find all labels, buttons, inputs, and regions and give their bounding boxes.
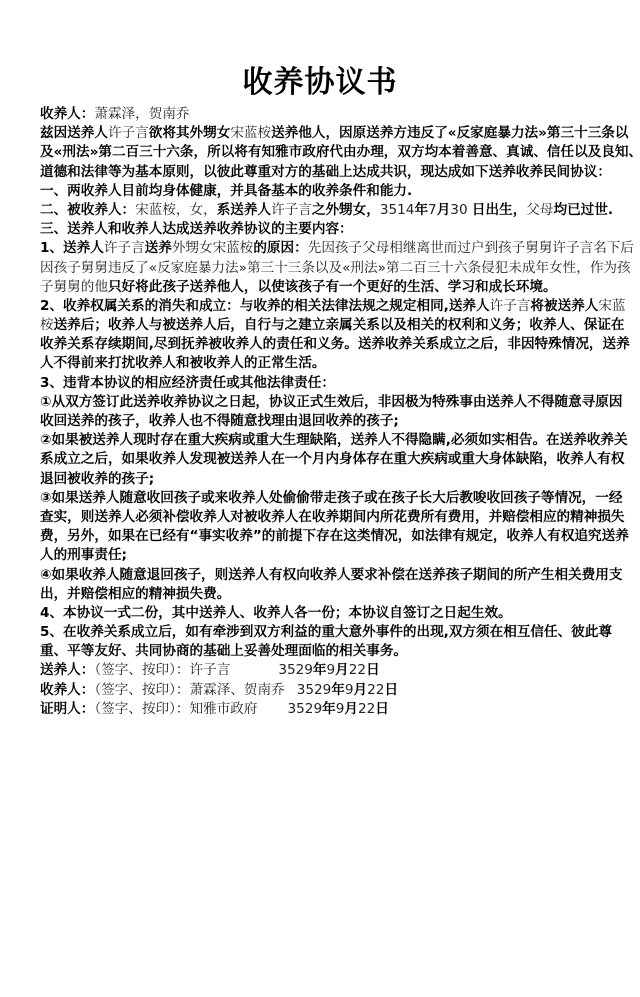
text-run: 先因孩子父母相继离世而过户到孩子舅舅许子言名下后 <box>308 240 634 256</box>
text-line: 1、送养人许子言送养外甥女宋蓝桉的原因：先因孩子父母相继离世而过户到孩子舅舅许子… <box>40 239 610 258</box>
text-run: 收养关系存续期间,尽到抚养被收养人的责任和义务。送养收养关系成立之后，非因特殊情… <box>40 336 630 352</box>
signature-date-part: 日 <box>366 662 380 678</box>
text-line: 兹因送养人许子言欲将其外甥女宋蓝桉送养他人，因原送养方违反了«反家庭暴力法»第三… <box>40 124 610 143</box>
signature-date-part: 3529 <box>278 662 313 678</box>
text-run: 7 <box>428 202 437 218</box>
signature-line: 收养人：（签字、按印）：萧霖泽、贺南乔3529年9月22日 <box>40 681 610 700</box>
text-run: 月 <box>437 202 451 218</box>
text-run: 30 <box>450 202 472 218</box>
text-line: 收养关系存续期间,尽到抚养被收养人的责任和义务。送养收养关系成立之后，非因特殊情… <box>40 335 610 354</box>
text-run: 送养他人，因原送养方违反了«反家庭暴力法»第三十三条以 <box>271 125 628 141</box>
text-run: 人的刑事责任; <box>40 547 127 563</box>
text-line: 桉送养后；收养人与被送养人后，自行与之建立亲属关系以及相关的权利和义务；收养人、… <box>40 316 610 335</box>
text-run: ①从双方签订此送养收养协议之日起，协议正式生效后，非因极为特殊事由送养人不得随意… <box>40 394 622 410</box>
text-run: 查实，则送养人必须补偿收养人对被收养人在收养期间内所花费所有费用，并赔偿相应的精… <box>40 509 625 525</box>
text-run: 欲将其外甥女 <box>149 125 231 141</box>
text-run: 宋蓝桉，女， <box>135 202 217 218</box>
text-run: 之外甥女， <box>312 202 380 218</box>
text-run: 4、本协议一式二份，其中送养人、收养人各一份；本协议自签订之日起生效。 <box>40 605 512 621</box>
text-run: 系成立之后，如果收养人发现被送养人在一个月内身体存在重大疾病或重大身体缺陷，收养… <box>40 451 625 467</box>
text-run: 退回被收养的孩子; <box>40 471 154 487</box>
text-line: 费，另外，如果在已经有“事实收养”的前提下存在这类情况，如法律有规定，收养人有权… <box>40 527 610 546</box>
text-line: 出，并赔偿相应的精神损失费。 <box>40 585 610 604</box>
text-run: 道德和法律等为基本原则，以彼此尊重对方的基础上达成共识，现达成如下送养收养民间协… <box>40 164 611 180</box>
signature-date-part: 22 <box>367 682 384 698</box>
signature-date-part: 9 <box>327 662 336 678</box>
text-run: 收养人： <box>40 106 94 122</box>
text-run: 宋蓝桉 <box>230 125 271 141</box>
text-run: 许子言 <box>108 125 149 141</box>
signature-note: （签字、按印）： <box>94 662 189 678</box>
text-run: ②如果被送养人现时存在重大疾病或重大生理缺陷，送养人不得隐瞒,必须如实相告。在送… <box>40 432 628 448</box>
signature-role: 送养人： <box>40 662 94 678</box>
text-line: ④如果收养人随意退回孩子，则送养人有权向收养人要求补偿在送养孩子期间的所产生相关… <box>40 566 610 585</box>
signature-date-part: 22 <box>358 701 375 717</box>
text-line: 退回被收养的孩子; <box>40 470 610 489</box>
text-run: 许子言 <box>104 240 145 256</box>
signature-date-part: 月 <box>354 682 368 698</box>
text-line: 二、被收养人：宋蓝桉，女，系送养人许子言之外甥女，3514年7月30 日出生，父… <box>40 201 610 220</box>
text-run: 萧霖泽，贺南乔 <box>94 106 189 122</box>
text-run: 5、在收养关系成立后，如有牵涉到双方利益的重大意外事件的出现,双方须在相互信任、… <box>40 624 612 640</box>
text-line: 5、在收养关系成立后，如有牵涉到双方利益的重大意外事件的出现,双方须在相互信任、… <box>40 623 610 642</box>
text-run: 因孩子舅舅违反了«反家庭暴力法»第三十三条以及«刑法»第二百三十六条侵犯未成年女… <box>40 260 631 276</box>
text-line: 查实，则送养人必须补偿收养人对被收养人在收养期间内所花费所有费用，并赔偿相应的精… <box>40 508 610 527</box>
signature-date-part: 3529 <box>297 682 332 698</box>
document-body: 收养人：萧霖泽，贺南乔兹因送养人许子言欲将其外甥女宋蓝桉送养他人，因原送养方违反… <box>40 105 610 719</box>
signature-role: 证明人： <box>40 701 94 717</box>
text-line: 人的刑事责任; <box>40 546 610 565</box>
text-run: 2、收养权属关系的消失和成立：与收养的相关法律法规之规定相同,送养人 <box>40 298 490 314</box>
text-run: 费，另外，如果在已经有“事实收养”的前提下存在这类情况，如法律有规定，收养人有权… <box>40 528 629 544</box>
text-run: 桉 <box>40 317 54 333</box>
text-line: 一、两收养人目前均身体健康，并具备基本的收养条件和能力. <box>40 182 610 201</box>
text-line: 系成立之后，如果收养人发现被送养人在一个月内身体存在重大疾病或重大身体缺陷，收养… <box>40 450 610 469</box>
text-run: 日出生， <box>472 202 526 218</box>
text-run: 送养 <box>145 240 172 256</box>
text-run: 的原因： <box>253 240 307 256</box>
text-line: 收回送养的孩子，收养人也不得随意找理由退回收养的孩子; <box>40 412 610 431</box>
text-run: 系送养人 <box>217 202 271 218</box>
text-run: 宋蓝 <box>598 298 625 314</box>
text-line: 重、平等友好、共同协商的基础上妥善处理面临的相关事务。 <box>40 642 610 661</box>
signature-role: 收养人： <box>40 682 94 698</box>
text-line: 2、收养权属关系的消失和成立：与收养的相关法律法规之规定相同,送养人许子言将被送… <box>40 297 610 316</box>
text-run: 及«刑法»第二百三十六条，所以将有知雅市政府代由办理，双方均本着善意、真诚、信任… <box>40 144 640 160</box>
text-run: 父母 <box>526 202 553 218</box>
signature-date-part: 9 <box>345 682 354 698</box>
text-line: 道德和法律等为基本原则，以彼此尊重对方的基础上达成共识，现达成如下送养收养民间协… <box>40 163 610 182</box>
text-run: 收回送养的孩子，收养人也不得随意找理由退回收养的孩子; <box>40 413 399 429</box>
text-run: 人不得前来打扰收养人和被收养人的正常生活。 <box>40 355 325 371</box>
signature-date-part: 年 <box>331 682 345 698</box>
signature-date-part: 日 <box>384 682 398 698</box>
text-run: 均已过世. <box>553 202 613 218</box>
signature-date-part: 月 <box>344 701 358 717</box>
text-line: ③如果送养人随意收回孩子或来收养人处偷偷带走孩子或在孩子长大后教唆收回孩子等情况… <box>40 489 610 508</box>
text-run: 三、送养人和收养人达成送养收养协议的主要内容： <box>40 221 353 237</box>
text-line: 3、违背本协议的相应经济责任或其他法律责任： <box>40 374 610 393</box>
text-run: 年 <box>414 202 428 218</box>
text-run: 只好将此孩子送养他人，以使该孩子有一个更好的生活、学习和成长环境。 <box>108 279 557 295</box>
signature-name: 知雅市政府 <box>190 701 258 717</box>
text-run: 一、两收养人目前均身体健康，并具备基本的收养条件和能力. <box>40 183 412 199</box>
text-run: 二、被收养人： <box>40 202 135 218</box>
text-run: 兹因送养人 <box>40 125 108 141</box>
text-run: ③如果送养人随意收回孩子或来收养人处偷偷带走孩子或在孩子长大后教唆收回孩子等情况… <box>40 490 622 506</box>
signature-date-part: 年 <box>313 662 327 678</box>
text-run: 出，并赔偿相应的精神损失费。 <box>40 586 230 602</box>
text-run: 将被送养人 <box>530 298 598 314</box>
signature-date-part: 3529 <box>288 701 323 717</box>
text-line: 三、送养人和收养人达成送养收养协议的主要内容： <box>40 220 610 239</box>
text-line: 及«刑法»第二百三十六条，所以将有知雅市政府代由办理，双方均本着善意、真诚、信任… <box>40 143 610 162</box>
signature-note: （签字、按印）： <box>94 682 189 698</box>
text-line: 子舅舅的他只好将此孩子送养他人，以使该孩子有一个更好的生活、学习和成长环境。 <box>40 278 610 297</box>
text-run: 重、平等友好、共同协商的基础上妥善处理面临的相关事务。 <box>40 643 407 659</box>
text-line: 收养人：萧霖泽，贺南乔 <box>40 105 610 124</box>
text-run: 送养后；收养人与被送养人后，自行与之建立亲属关系以及相关的权利和义务；收养人、保… <box>54 317 625 333</box>
signature-line: 送养人：（签字、按印）：许子言3529年9月22日 <box>40 661 610 680</box>
text-line: 4、本协议一式二份，其中送养人、收养人各一份；本协议自签订之日起生效。 <box>40 604 610 623</box>
signature-date-part: 月 <box>335 662 349 678</box>
text-run: 3514 <box>380 202 415 218</box>
signature-note: （签字、按印）： <box>94 701 189 717</box>
text-run: 许子言 <box>490 298 531 314</box>
signature-date-part: 年 <box>322 701 336 717</box>
text-line: ①从双方签订此送养收养协议之日起，协议正式生效后，非因极为特殊事由送养人不得随意… <box>40 393 610 412</box>
signature-name: 许子言 <box>190 662 231 678</box>
signature-date-part: 日 <box>375 701 389 717</box>
text-run: 外甥女宋蓝桉 <box>172 240 254 256</box>
text-run: 1、送养人 <box>40 240 104 256</box>
text-run: 3、违背本协议的相应经济责任或其他法律责任： <box>40 375 335 391</box>
text-run: ④如果收养人随意退回孩子，则送养人有权向收养人要求补偿在送养孩子期间的所产生相关… <box>40 567 622 583</box>
text-line: 因孩子舅舅违反了«反家庭暴力法»第三十三条以及«刑法»第二百三十六条侵犯未成年女… <box>40 259 610 278</box>
signature-line: 证明人：（签字、按印）：知雅市政府3529年9月22日 <box>40 700 610 719</box>
signature-name: 萧霖泽、贺南乔 <box>190 682 285 698</box>
text-run: 许子言 <box>271 202 312 218</box>
text-line: 人不得前来打扰收养人和被收养人的正常生活。 <box>40 354 610 373</box>
document-title: 收养协议书 <box>0 64 640 102</box>
text-line: ②如果被送养人现时存在重大疾病或重大生理缺陷，送养人不得隐瞒,必须如实相告。在送… <box>40 431 610 450</box>
text-run: 子舅舅的他 <box>40 279 108 295</box>
signature-date-part: 22 <box>349 662 366 678</box>
